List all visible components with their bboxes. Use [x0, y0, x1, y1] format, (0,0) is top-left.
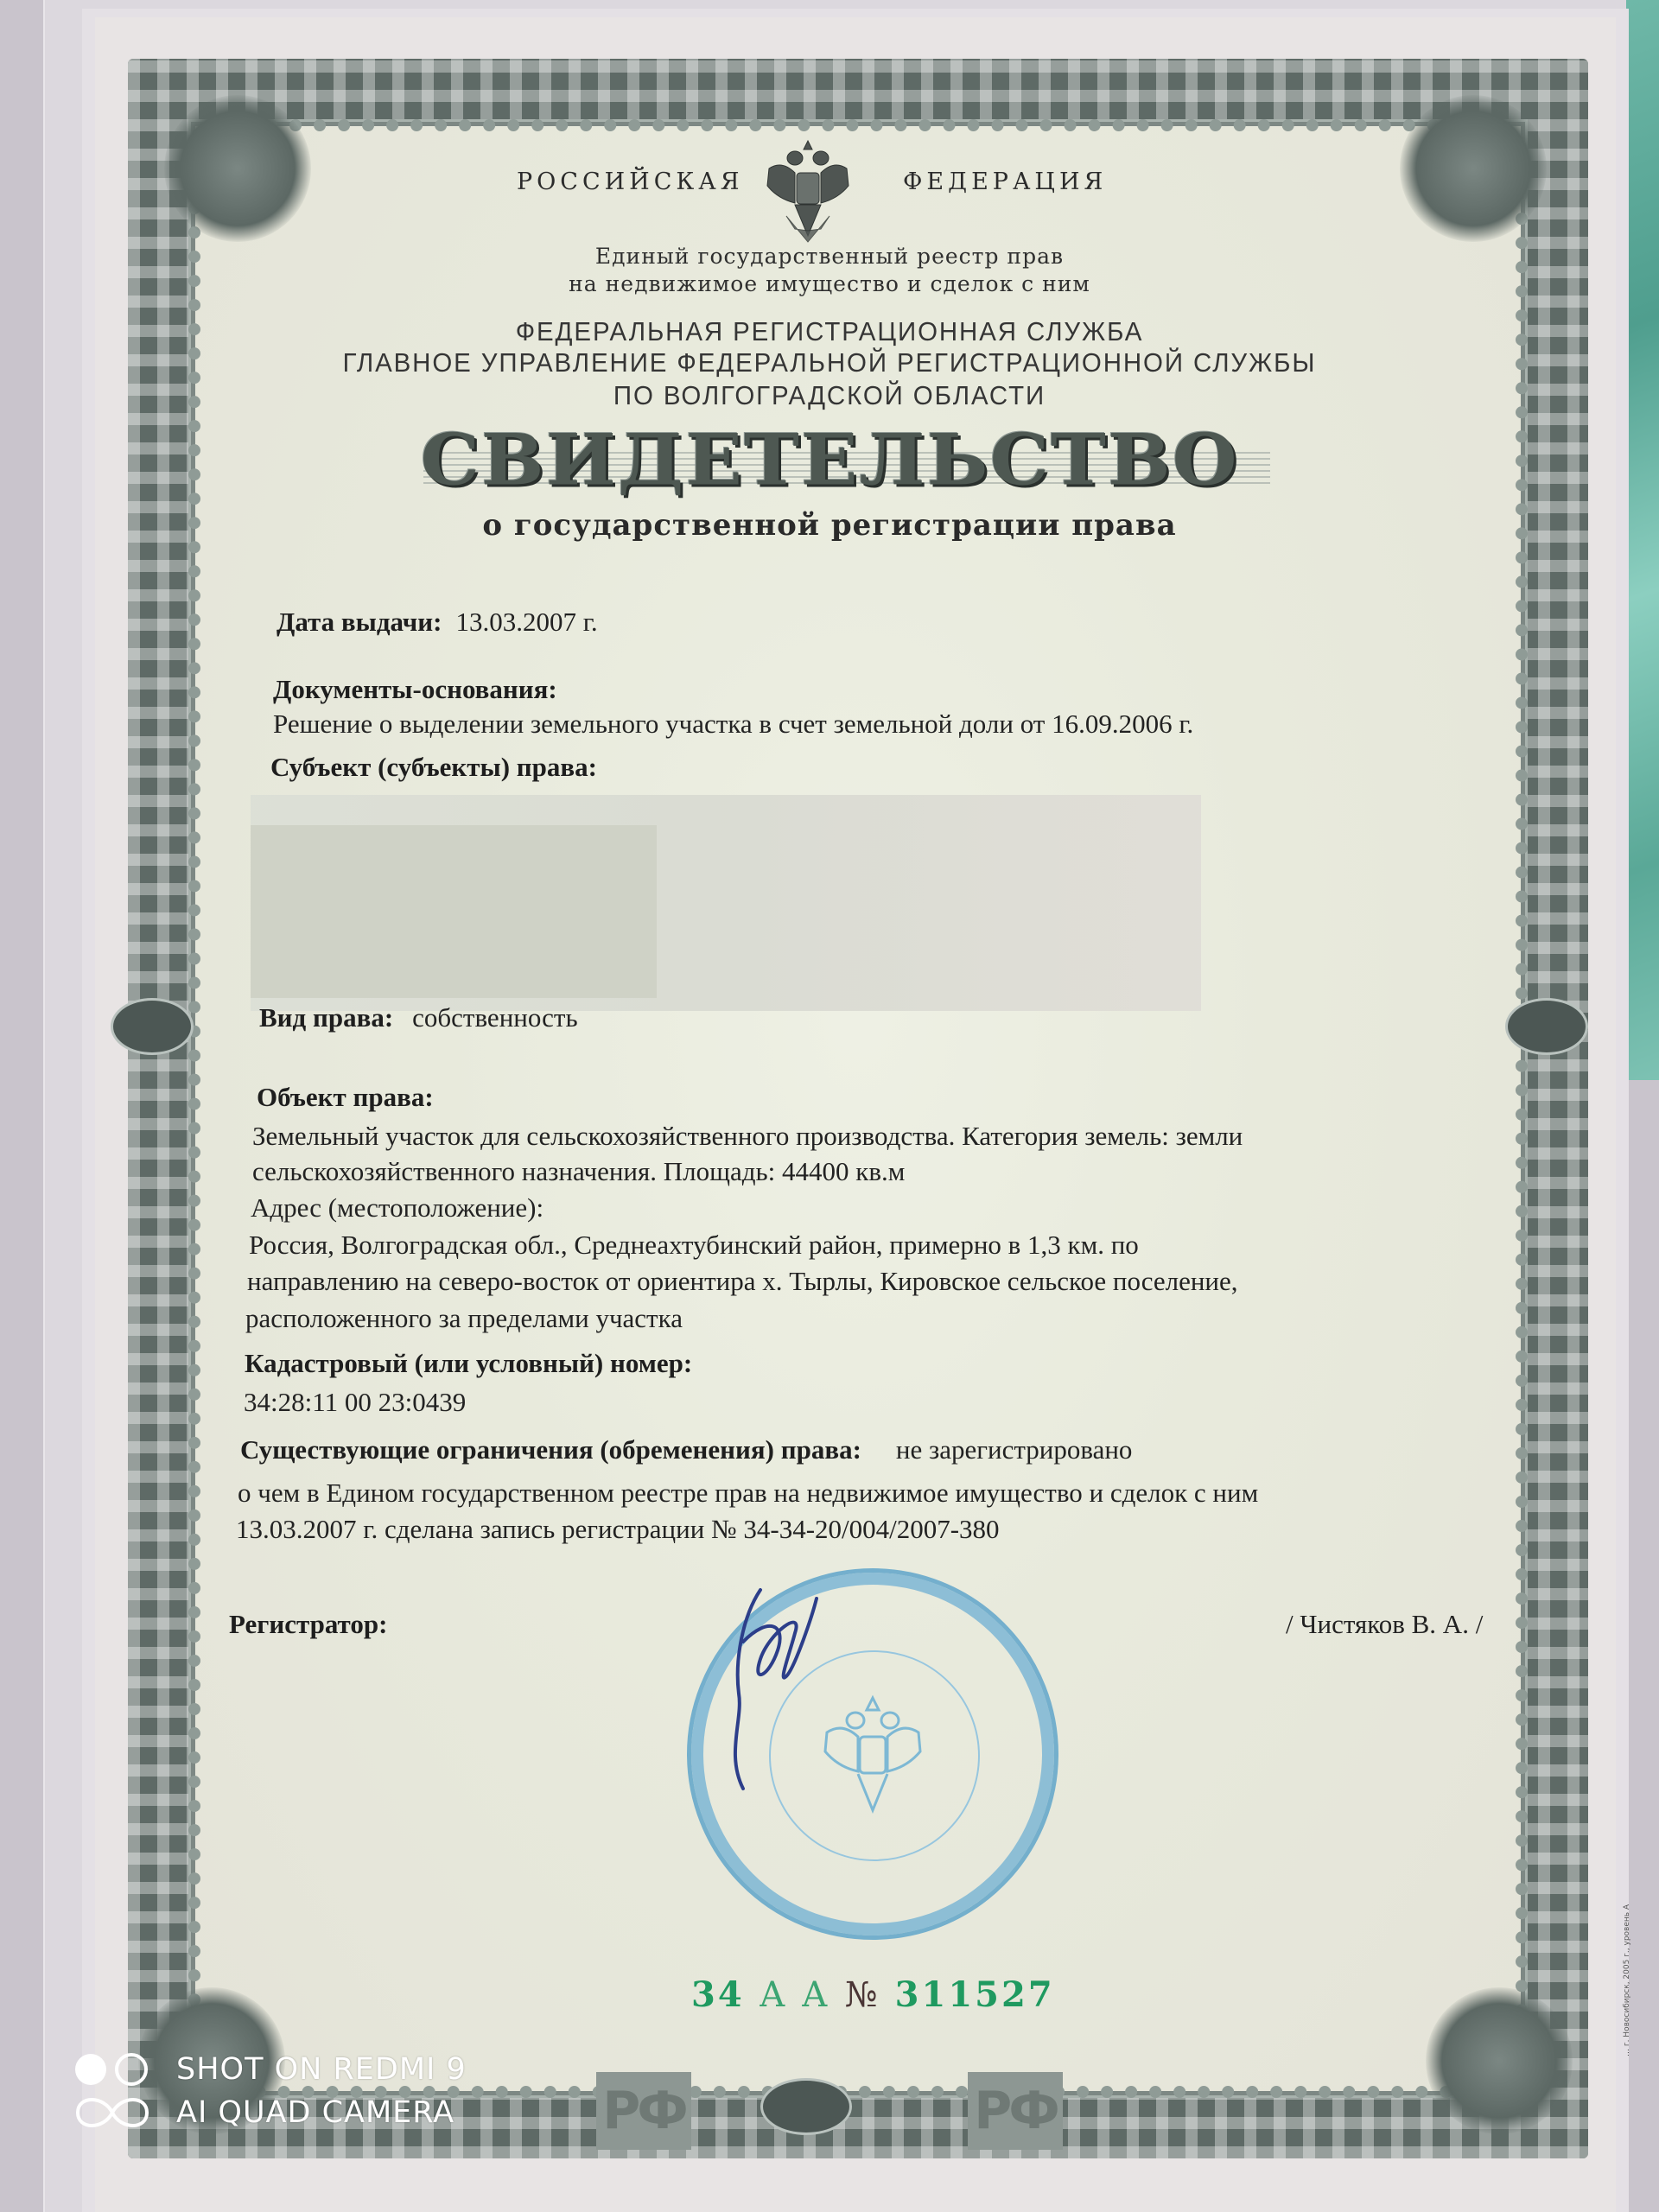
camera-watermark: SHOT ON REDMI 9 AI QUAD CAMERA: [69, 2048, 467, 2134]
encumbrance-label: Существующие ограничения (обременения) п…: [240, 1434, 861, 1465]
registry-line-1: Единый государственный реестр прав: [0, 244, 1659, 269]
address-line-2: направлению на северо-восток от ориентир…: [247, 1266, 1238, 1297]
country-left: РОССИЙСКАЯ: [517, 168, 744, 195]
agency-line-2: ГЛАВНОЕ УПРАВЛЕНИЕ ФЕДЕРАЛЬНОЙ РЕГИСТРАЦ…: [41, 347, 1618, 378]
cadastral-value: 34:28:11 00 23:0439: [244, 1387, 466, 1418]
certificate-content: РОССИЙСКАЯ ФЕДЕРАЦИЯ Единый государствен…: [0, 0, 1659, 2212]
encumbrance-row: Существующие ограничения (обременения) п…: [240, 1434, 1132, 1465]
address-line-3: расположенного за пределами участка: [245, 1303, 683, 1334]
basis-docs-label: Документы-основания:: [273, 674, 557, 705]
printer-imprint: … г. Новосибирск, 2005 г., уровень А: [1623, 1904, 1631, 2056]
cadastral-label: Кадастровый (или условный) номер:: [245, 1348, 692, 1379]
watermark-line-2: AI QUAD CAMERA: [176, 2091, 467, 2134]
object-line-1: Земельный участок для сельскохозяйственн…: [252, 1121, 1243, 1152]
serial-number: 311527: [895, 1974, 1055, 2015]
watermark-line-1: SHOT ON REDMI 9: [176, 2048, 467, 2091]
registrar-name: / Чистяков В. А. /: [1286, 1609, 1483, 1640]
agency-line-3: ПО ВОЛГОГРАДСКОЙ ОБЛАСТИ: [41, 380, 1618, 411]
basis-docs-value: Решение о выделении земельного участка в…: [273, 709, 1193, 740]
agency-line-1: ФЕДЕРАЛЬНАЯ РЕГИСТРАЦИОННАЯ СЛУЖБА: [41, 316, 1618, 347]
encumbrance-value: не зарегистрировано: [896, 1434, 1133, 1465]
watermark-text: SHOT ON REDMI 9 AI QUAD CAMERA: [176, 2048, 467, 2134]
right-type-row: Вид права: собственность: [259, 1002, 578, 1033]
object-label: Объект права:: [257, 1082, 434, 1113]
document-subtitle: о государственной регистрации права: [0, 508, 1659, 543]
serial-series: А А: [760, 1975, 830, 2015]
registrar-signature: [709, 1581, 838, 1806]
registry-line-2: на недвижимое имущество и сделок с ним: [0, 271, 1659, 296]
address-line-1: Россия, Волгоградская обл., Среднеахтуби…: [249, 1230, 1139, 1261]
right-type-label: Вид права:: [259, 1002, 393, 1033]
registrar-label: Регистратор:: [229, 1609, 387, 1640]
serial-number-sign: №: [845, 1975, 880, 2015]
issue-date-value: 13.03.2007 г.: [455, 607, 597, 637]
russian-double-headed-eagle-icon: [760, 134, 855, 246]
serial-region: 34: [691, 1974, 745, 2015]
address-label: Адрес (местоположение):: [251, 1192, 543, 1224]
form-serial-number: 34 А А № 311527: [691, 1974, 1055, 2015]
subject-label: Субъект (субъекты) права:: [270, 752, 597, 783]
issue-date-row: Дата выдачи: 13.03.2007 г.: [276, 607, 598, 638]
country-right: ФЕДЕРАЦИЯ: [903, 168, 1107, 195]
issue-date-label: Дата выдачи:: [276, 607, 442, 637]
object-line-2: сельскохозяйственного назначения. Площад…: [252, 1156, 905, 1187]
registry-note-line-1: о чем в Едином государственном реестре п…: [238, 1478, 1258, 1509]
document-title: СВИДЕТЕЛЬСТВО: [0, 419, 1659, 502]
redacted-subject-area: [251, 825, 657, 998]
right-type-value: собственность: [412, 1002, 577, 1033]
registry-note-line-2: 13.03.2007 г. сделана запись регистрации…: [236, 1514, 1000, 1545]
quad-camera-logo-icon: [69, 2048, 156, 2134]
